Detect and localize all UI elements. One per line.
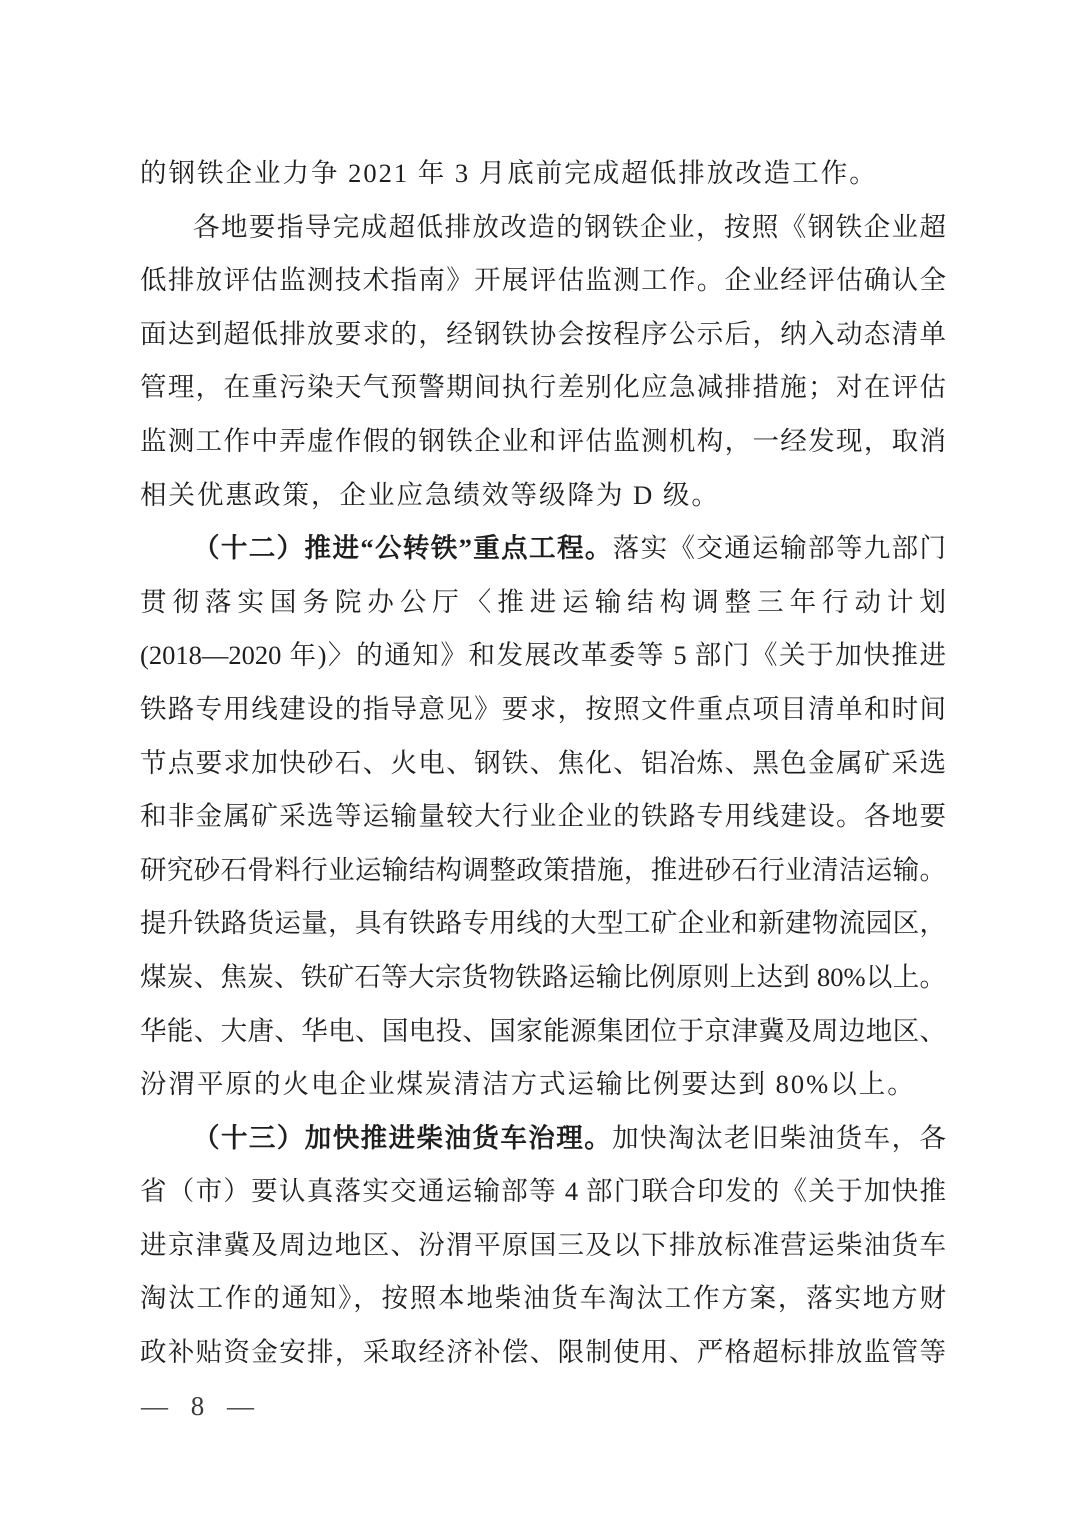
body-text: (2018—2020 年)〉的通知》和发展改革委等 5 部门《关于加快推进 xyxy=(140,640,946,670)
body-text: 和非金属矿采选等运输量较大行业企业的铁路专用线建设。各地要 xyxy=(140,801,946,831)
body-text: 政补贴资金安排，采取经济补偿、限制使用、严格超标排放监管等 xyxy=(140,1337,946,1367)
body-text: 铁路专用线建设的指导意见》要求，按照文件重点项目清单和时间 xyxy=(140,694,946,724)
document-body: 的钢铁企业力争 2021 年 3 月底前完成超低排放改造工作。各地要指导完成超低… xyxy=(140,147,946,1380)
document-page: 的钢铁企业力争 2021 年 3 月底前完成超低排放改造工作。各地要指导完成超低… xyxy=(0,0,1080,1527)
body-text: 节点要求加快砂石、火电、钢铁、焦化、铝冶炼、黑色金属矿采选 xyxy=(140,748,946,778)
body-text: 低排放评估监测技术指南》开展评估监测工作。企业经评估确认全 xyxy=(140,265,946,295)
section-heading-text: （十二）推进“公转铁”重点工程。 xyxy=(193,533,613,563)
text-line: 煤炭、焦炭、铁矿石等大宗货物铁路运输比例原则上达到 80%以上。 xyxy=(140,951,946,1005)
body-text: 各地要指导完成超低排放改造的钢铁企业，按照《钢铁企业超 xyxy=(193,212,946,242)
text-line: 汾渭平原的火电企业煤炭清洁方式运输比例要达到 80%以上。 xyxy=(140,1058,946,1112)
page-footer: — 8 — xyxy=(141,1386,255,1426)
text-line: （十三）加快推进柴油货车治理。加快淘汰老旧柴油货车，各 xyxy=(140,1112,946,1166)
text-line: 面达到超低排放要求的，经钢铁协会按程序公示后，纳入动态清单 xyxy=(140,308,946,362)
text-line: 贯彻落实国务院办公厅〈推进运输结构调整三年行动计划 xyxy=(140,576,946,630)
body-text: 省（市）要认真落实交通运输部等 4 部门联合印发的《关于加快推 xyxy=(140,1176,946,1206)
text-line: 节点要求加快砂石、火电、钢铁、焦化、铝冶炼、黑色金属矿采选 xyxy=(140,737,946,791)
text-line: 铁路专用线建设的指导意见》要求，按照文件重点项目清单和时间 xyxy=(140,683,946,737)
body-text: 管理，在重污染天气预警期间执行差别化应急减排措施；对在评估 xyxy=(140,372,946,402)
text-line: 研究砂石骨料行业运输结构调整政策措施，推进砂石行业清洁运输。 xyxy=(140,844,946,898)
text-line: 和非金属矿采选等运输量较大行业企业的铁路专用线建设。各地要 xyxy=(140,790,946,844)
body-text: 加快淘汰老旧柴油货车，各 xyxy=(612,1123,946,1153)
text-line: 提升铁路货运量，具有铁路专用线的大型工矿企业和新建物流园区， xyxy=(140,897,946,951)
text-line: 低排放评估监测技术指南》开展评估监测工作。企业经评估确认全 xyxy=(140,254,946,308)
body-text: 华能、大唐、华电、国电投、国家能源集团位于京津冀及周边地区、 xyxy=(140,1016,946,1046)
text-line: 淘汰工作的通知》，按照本地柴油货车淘汰工作方案，落实地方财 xyxy=(140,1272,946,1326)
text-line: 各地要指导完成超低排放改造的钢铁企业，按照《钢铁企业超 xyxy=(140,201,946,255)
text-line: 省（市）要认真落实交通运输部等 4 部门联合印发的《关于加快推 xyxy=(140,1165,946,1219)
body-text: 进京津冀及周边地区、汾渭平原国三及以下排放标准营运柴油货车 xyxy=(140,1230,946,1260)
text-line: 的钢铁企业力争 2021 年 3 月底前完成超低排放改造工作。 xyxy=(140,147,946,201)
text-line: （十二）推进“公转铁”重点工程。落实《交通运输部等九部门 xyxy=(140,522,946,576)
text-line: 进京津冀及周边地区、汾渭平原国三及以下排放标准营运柴油货车 xyxy=(140,1219,946,1273)
body-text: 相关优惠政策，企业应急绩效等级降为 D 级。 xyxy=(140,480,720,510)
text-line: 管理，在重污染天气预警期间执行差别化应急减排措施；对在评估 xyxy=(140,361,946,415)
section-heading-text: （十三）加快推进柴油货车治理。 xyxy=(193,1123,612,1153)
text-line: 监测工作中弄虚作假的钢铁企业和评估监测机构，一经发现，取消 xyxy=(140,415,946,469)
body-text: 落实《交通运输部等九部门 xyxy=(613,533,946,563)
body-text: 提升铁路货运量，具有铁路专用线的大型工矿企业和新建物流园区， xyxy=(140,908,946,938)
body-text: 研究砂石骨料行业运输结构调整政策措施，推进砂石行业清洁运输。 xyxy=(140,855,946,885)
body-text: 淘汰工作的通知》，按照本地柴油货车淘汰工作方案，落实地方财 xyxy=(140,1283,946,1313)
text-line: 华能、大唐、华电、国电投、国家能源集团位于京津冀及周边地区、 xyxy=(140,1005,946,1059)
text-line: 相关优惠政策，企业应急绩效等级降为 D 级。 xyxy=(140,469,946,523)
text-line: 政补贴资金安排，采取经济补偿、限制使用、严格超标排放监管等 xyxy=(140,1326,946,1380)
body-text: 的钢铁企业力争 2021 年 3 月底前完成超低排放改造工作。 xyxy=(140,158,878,188)
body-text: 汾渭平原的火电企业煤炭清洁方式运输比例要达到 80%以上。 xyxy=(140,1069,916,1099)
body-text: 煤炭、焦炭、铁矿石等大宗货物铁路运输比例原则上达到 80%以上。 xyxy=(140,962,946,992)
page-number: — 8 — xyxy=(141,1391,255,1421)
text-line: (2018—2020 年)〉的通知》和发展改革委等 5 部门《关于加快推进 xyxy=(140,629,946,683)
body-text: 监测工作中弄虚作假的钢铁企业和评估监测机构，一经发现，取消 xyxy=(140,426,946,456)
body-text: 面达到超低排放要求的，经钢铁协会按程序公示后，纳入动态清单 xyxy=(140,319,946,349)
body-text: 贯彻落实国务院办公厅〈推进运输结构调整三年行动计划 xyxy=(140,587,946,617)
